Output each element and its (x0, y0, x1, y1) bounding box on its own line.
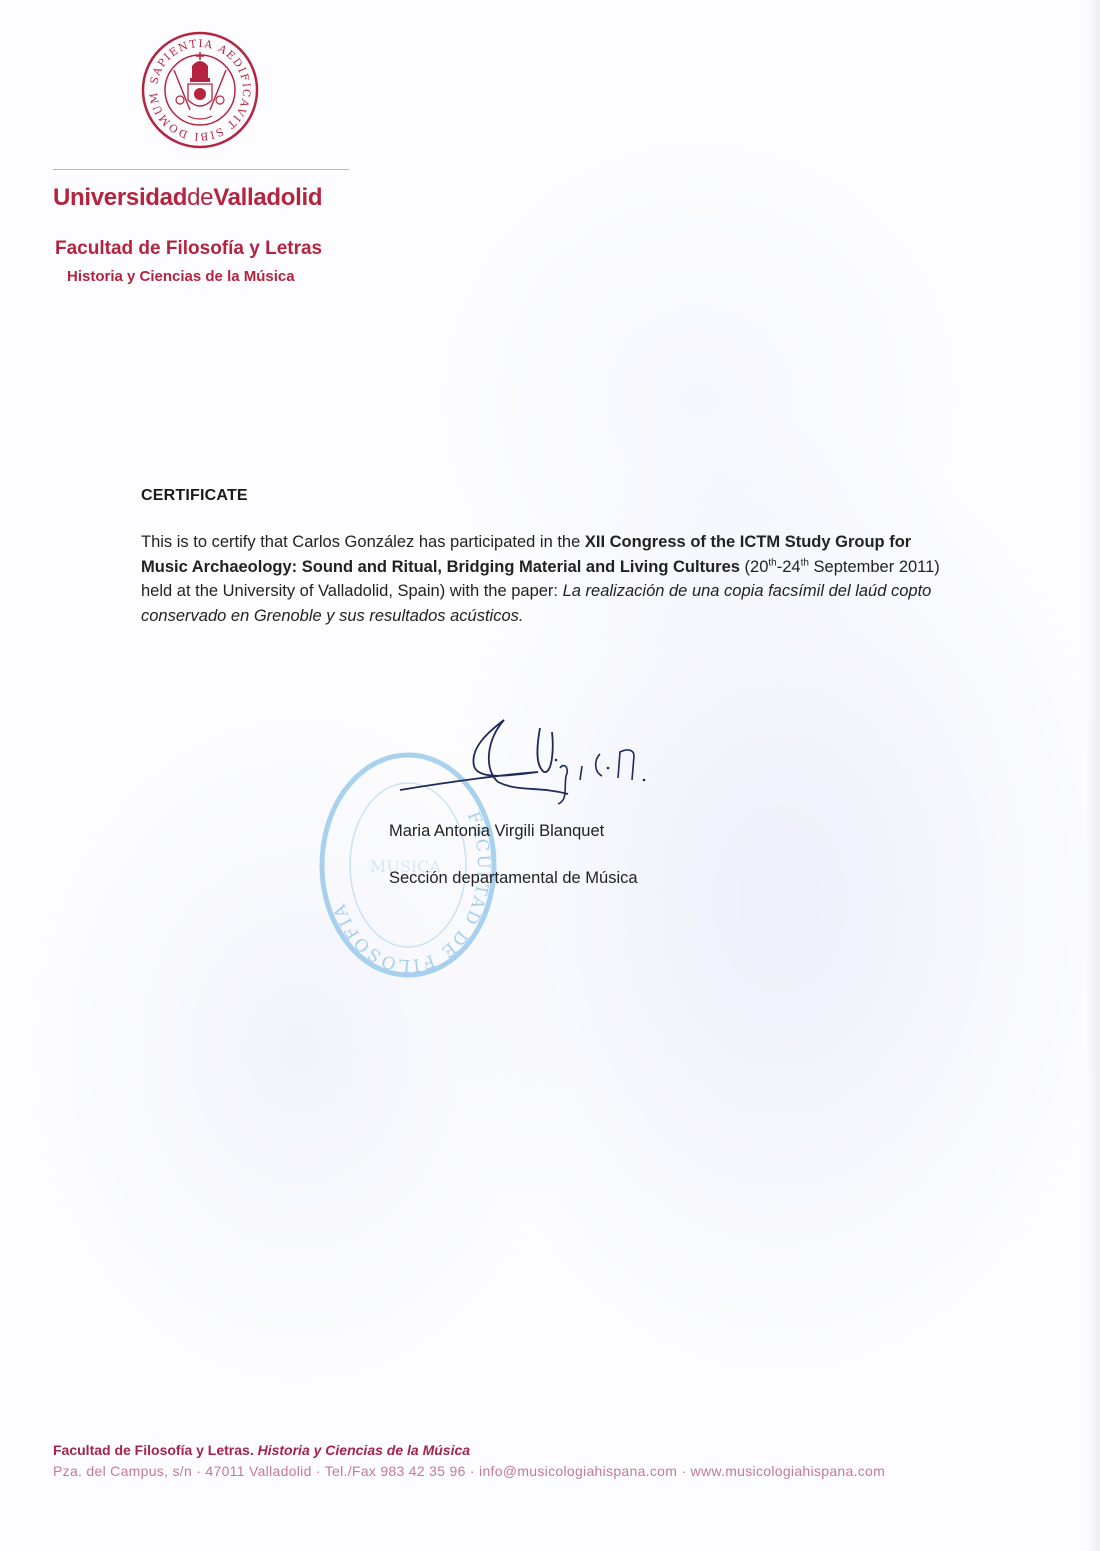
footer-department: Historia y Ciencias de la Música (258, 1442, 470, 1458)
signer-department: Sección departamental de Música (389, 869, 638, 888)
scan-edge-shadow (1086, 0, 1100, 1551)
university-seal-icon: SAPIENTIA AEDIFICAVIT SIBI DOMUM (140, 30, 260, 150)
ordinal-suffix: th (801, 557, 809, 568)
footer-faculty: Facultad de Filosofía y Letras. (53, 1442, 254, 1458)
body-text: This is to certify that Carlos González … (141, 533, 585, 551)
signer-name: Maria Antonia Virgili Blanquet (389, 822, 604, 841)
handwritten-signature (388, 710, 688, 810)
body-text: -24 (777, 558, 801, 576)
university-name: UniversidaddeValladolid (53, 184, 322, 212)
ordinal-suffix: th (768, 557, 776, 568)
certificate-body: This is to certify that Carlos González … (141, 530, 941, 628)
footer-institution: Facultad de Filosofía y Letras. Historia… (53, 1442, 470, 1458)
university-name-part: Valladolid (213, 184, 322, 211)
body-text: (20 (740, 558, 768, 576)
certificate-title: CERTIFICATE (141, 487, 248, 505)
header-divider (53, 169, 349, 170)
faculty-name: Facultad de Filosofía y Letras (55, 238, 322, 260)
university-name-part: Universidad (53, 184, 187, 211)
footer-contact: Pza. del Campus, s/n · 47011 Valladolid … (53, 1463, 885, 1479)
university-name-part: de (187, 184, 213, 211)
department-name: Historia y Ciencias de la Música (67, 268, 295, 285)
